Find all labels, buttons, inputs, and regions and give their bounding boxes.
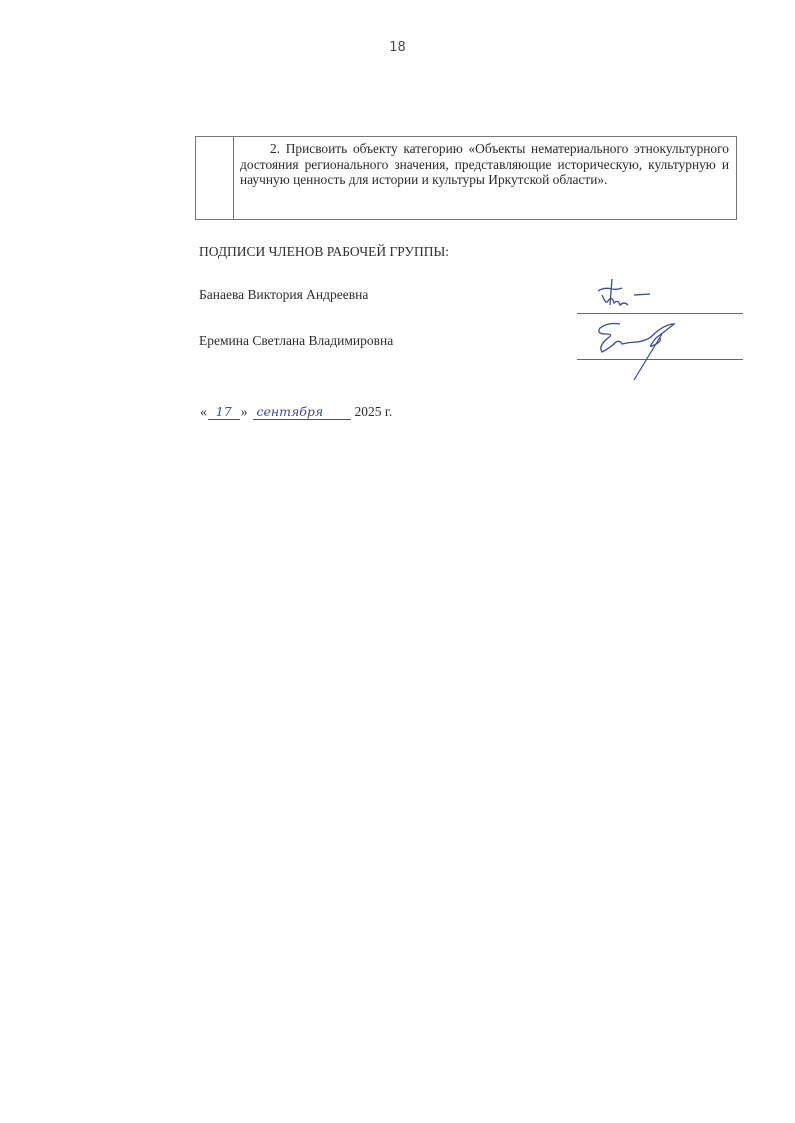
resolution-paragraph: 2. Присвоить объекту категорию «Объекты … [240,141,729,188]
date-open-quote: « [200,404,207,420]
resolution-table: 2. Присвоить объекту категорию «Объекты … [195,136,737,220]
table-text-cell: 2. Присвоить объекту категорию «Объекты … [234,137,736,219]
date-close-quote: » [241,404,248,420]
member-name-1: Банаева Виктория Андреевна [199,287,368,303]
page-number: 18 [0,40,795,55]
table-empty-cell [196,137,234,219]
date-day: 17 [208,404,240,420]
date-month: сентября [253,404,351,420]
date-year: 2025 г. [355,404,393,420]
signature-1-icon [590,275,670,315]
signing-date: « 17 » сентября 2025 г. [199,404,392,420]
signatures-heading: ПОДПИСИ ЧЛЕНОВ РАБОЧЕЙ ГРУППЫ: [199,244,449,260]
signature-2-icon [590,318,700,383]
member-name-2: Еремина Светлана Владимировна [199,333,393,349]
